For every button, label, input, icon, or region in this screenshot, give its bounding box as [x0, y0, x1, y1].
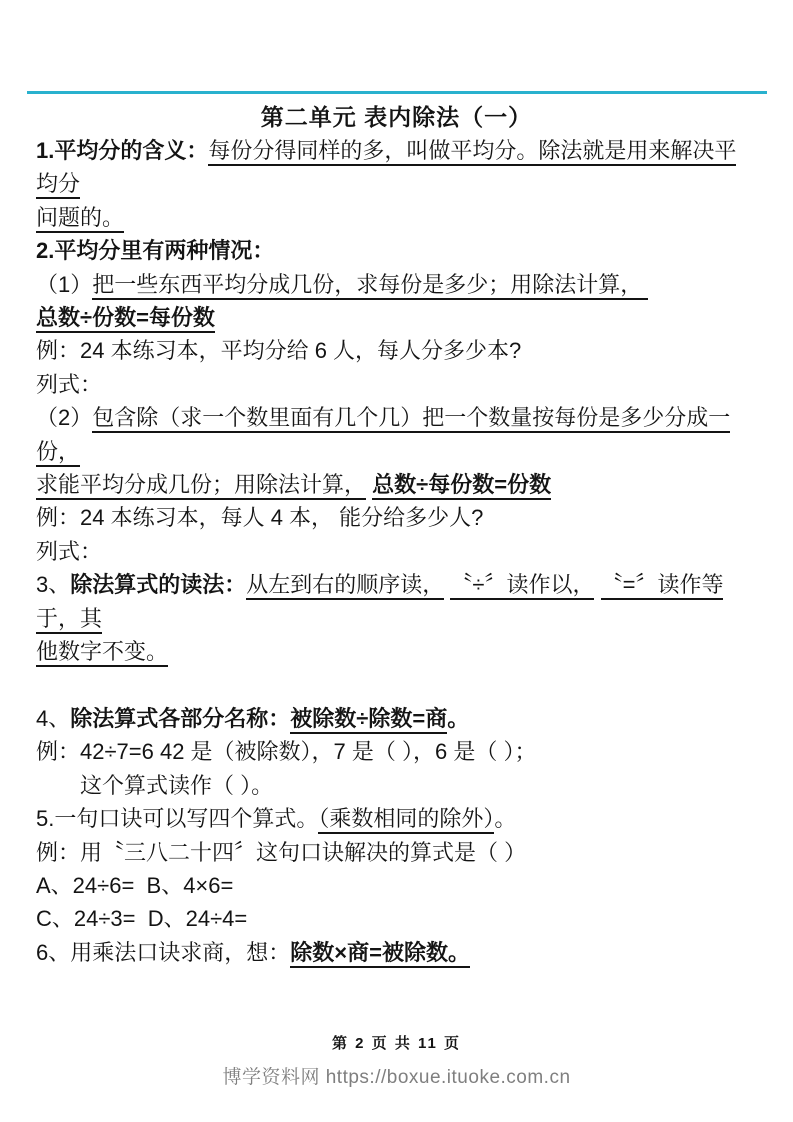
document-page: 第二单元 表内除法（一） 1.平均分的含义：每份分得同样的多，叫做平均分。除法就… — [0, 0, 793, 1122]
text-line: 求能平均分成几份；用除法计算， 总数÷每份数=份数 — [36, 468, 758, 501]
header-divider — [27, 91, 767, 94]
text-segment: 〝÷〞读作以， — [450, 572, 594, 600]
page-footer: 第 2 页 共 11 页 博学资料网 https://boxue.ituoke.… — [0, 1032, 793, 1089]
text-segment: 包含除（求一个数里面有几个几）把一个数量按每份是多少分成一份， — [36, 405, 730, 466]
text-segment: （1） — [36, 272, 92, 297]
text-segment: 求能平均分成几份；用除法计算， — [36, 472, 366, 500]
text-line: 1.平均分的含义：每份分得同样的多，叫做平均分。除法就是用来解决平均分 — [36, 134, 758, 201]
text-line: 他数字不变。 — [36, 635, 758, 668]
text-segment: 3、 — [36, 572, 70, 597]
text-line: 总数÷份数=每份数 — [36, 301, 758, 334]
text-segment: （2） — [36, 405, 92, 430]
page-title: 第二单元 表内除法（一） — [0, 99, 793, 132]
text-segment: 例：24 本练习本，每人 4 本， 能分给多少人? — [36, 505, 483, 530]
text-segment: 被除数÷除数=商 — [290, 706, 447, 734]
text-line: 列式： — [36, 368, 758, 401]
text-segment: 把一些东西平均分成几份，求每份是多少；用除法计算， — [92, 272, 648, 300]
text-segment: 他数字不变。 — [36, 639, 168, 667]
text-segment: 2.平均分里有两种情况： — [36, 238, 274, 263]
text-segment — [594, 572, 600, 597]
document-body: 1.平均分的含义：每份分得同样的多，叫做平均分。除法就是用来解决平均分问题的。2… — [36, 134, 758, 969]
text-line: A、24÷6= B、4×6= — [36, 869, 758, 902]
text-segment: 总数÷份数=每份数 — [36, 305, 215, 333]
text-line: 例：用〝三八二十四〞这句口诀解决的算式是（ ） — [36, 836, 758, 869]
watermark-link: 博学资料网 https://boxue.ituoke.com.cn — [0, 1062, 793, 1089]
text-segment: 例：用〝三八二十四〞这句口诀解决的算式是（ ） — [36, 840, 526, 865]
text-segment: 从左到右的顺序读， — [246, 572, 444, 600]
text-segment: 例：42÷7=6 42 是（被除数），7 是（ ），6 是（ ）； — [36, 739, 536, 764]
text-segment: C、24÷3= D、24÷4= — [36, 906, 247, 931]
text-line: 例：42÷7=6 42 是（被除数），7 是（ ），6 是（ ）； — [36, 735, 758, 768]
text-line — [36, 669, 758, 702]
text-segment: （乘数相同的除外） — [318, 806, 494, 834]
text-segment: 列式： — [36, 539, 102, 564]
text-line: 6、用乘法口诀求商，想：除数×商=被除数。 — [36, 936, 758, 969]
text-line: 问题的。 — [36, 201, 758, 234]
text-segment: A、24÷6= B、4×6= — [36, 873, 233, 898]
text-line: （1）把一些东西平均分成几份，求每份是多少；用除法计算， — [36, 268, 758, 301]
text-segment: 这个算式读作（ ）。 — [36, 773, 273, 798]
text-segment: 1.平均分的含义： — [36, 138, 208, 163]
text-segment: 除法算式各部分名称： — [70, 706, 290, 731]
text-line: 2.平均分里有两种情况： — [36, 234, 758, 267]
text-segment: 。 — [447, 706, 469, 731]
text-segment: 5.一句口诀可以写四个算式。 — [36, 806, 318, 831]
text-segment: 除数×商=被除数。 — [290, 940, 470, 968]
text-line: 3、除法算式的读法：从左到右的顺序读， 〝÷〞读作以， 〝=〞读作等于，其 — [36, 568, 758, 635]
page-number: 第 2 页 共 11 页 — [0, 1032, 793, 1053]
text-segment: 问题的。 — [36, 205, 124, 233]
text-segment: 6、用乘法口诀求商，想： — [36, 940, 290, 965]
text-segment: 例：24 本练习本，平均分给 6 人，每人分多少本? — [36, 338, 521, 363]
text-line: 列式： — [36, 535, 758, 568]
text-line: 4、除法算式各部分名称：被除数÷除数=商。 — [36, 702, 758, 735]
text-line: （2）包含除（求一个数里面有几个几）把一个数量按每份是多少分成一份， — [36, 401, 758, 468]
text-segment: 列式： — [36, 372, 102, 397]
text-segment: 除法算式的读法： — [70, 572, 246, 597]
text-segment: 4、 — [36, 706, 70, 731]
text-line: 例：24 本练习本，每人 4 本， 能分给多少人? — [36, 501, 758, 534]
text-line: 这个算式读作（ ）。 — [36, 769, 758, 802]
text-line: 5.一句口诀可以写四个算式。（乘数相同的除外）。 — [36, 802, 758, 835]
text-segment: 总数÷每份数=份数 — [372, 472, 551, 500]
text-line: 例：24 本练习本，平均分给 6 人，每人分多少本? — [36, 334, 758, 367]
text-segment: 。 — [494, 806, 516, 831]
text-line: C、24÷3= D、24÷4= — [36, 902, 758, 935]
